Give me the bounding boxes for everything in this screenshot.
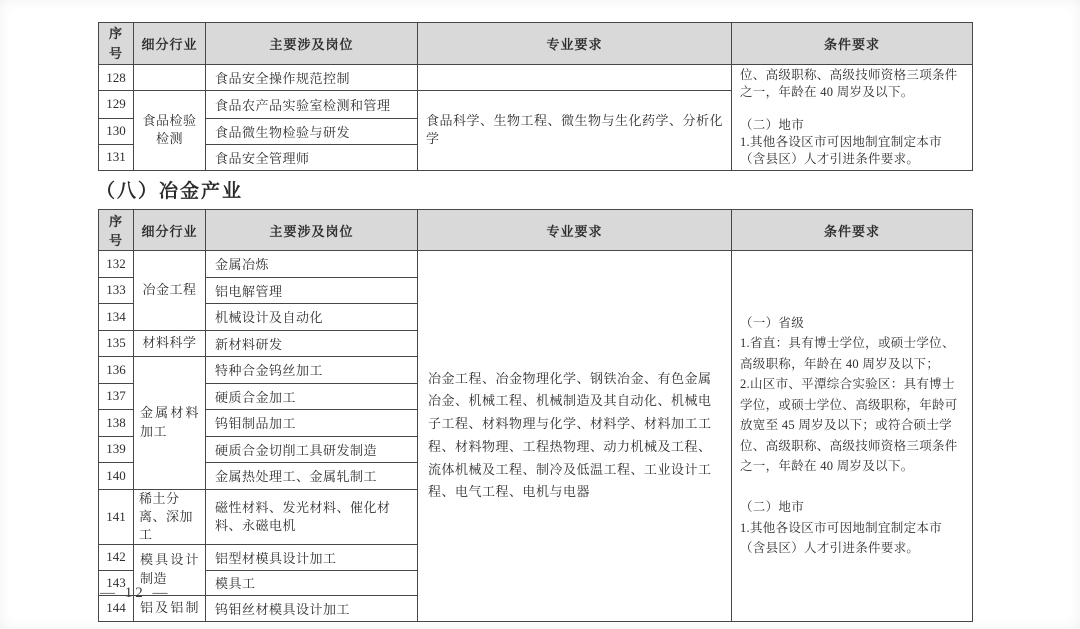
seq-cell: 142 <box>99 545 134 571</box>
conditions-cell: 位、高级职称、高级技师资格三项条件之一，年龄在 40 周岁及以下。 （二）地市 … <box>732 65 973 171</box>
position-cell: 金属冶炼 <box>206 251 418 278</box>
industry-cell: 金属材料加工 <box>134 357 206 490</box>
position-cell: 金属热处理工、金属轧制工 <box>206 463 418 490</box>
seq-cell: 133 <box>99 277 134 304</box>
table-metallurgy: 序号 细分行业 主要涉及岗位 专业要求 条件要求 132 冶金工程 金属冶炼 冶… <box>98 209 973 622</box>
column-header-conditions: 条件要求 <box>732 210 973 251</box>
industry-cell: 食品检验检测 <box>134 91 206 171</box>
column-header-positions: 主要涉及岗位 <box>206 23 418 65</box>
position-cell: 模具工 <box>206 570 418 596</box>
document-page: 序号 细分行业 主要涉及岗位 专业要求 条件要求 128 食品安全操作规范控制 … <box>0 0 1080 629</box>
position-cell: 食品农产品实验室检测和管理 <box>206 91 418 119</box>
column-header-no: 序号 <box>99 23 134 65</box>
seq-cell: 135 <box>99 330 134 357</box>
position-cell: 食品微生物检验与研发 <box>206 118 418 144</box>
industry-cell: 冶金工程 <box>134 251 206 331</box>
position-cell: 硬质合金切削工具研发制造 <box>206 436 418 463</box>
column-header-major: 专业要求 <box>418 210 732 251</box>
position-cell: 食品安全操作规范控制 <box>206 65 418 91</box>
position-cell: 机械设计及自动化 <box>206 304 418 331</box>
column-header-no: 序号 <box>99 210 134 251</box>
position-cell: 钨钼制品加工 <box>206 410 418 437</box>
seq-cell: 131 <box>99 144 134 170</box>
position-cell: 食品安全管理师 <box>206 144 418 170</box>
column-header-major: 专业要求 <box>418 23 732 65</box>
table-food-inspection: 序号 细分行业 主要涉及岗位 专业要求 条件要求 128 食品安全操作规范控制 … <box>98 22 973 171</box>
column-header-positions: 主要涉及岗位 <box>206 210 418 251</box>
column-header-industry: 细分行业 <box>134 23 206 65</box>
position-cell: 磁性材料、发光材料、催化材料、永磁电机 <box>206 489 418 545</box>
seq-cell: 129 <box>99 91 134 119</box>
seq-cell: 138 <box>99 410 134 437</box>
seq-cell: 130 <box>99 118 134 144</box>
position-cell: 铝电解管理 <box>206 277 418 304</box>
conditions-cell: （一）省级 1.省直：具有博士学位，或硕士学位、高级职称，年龄在 40 周岁及以… <box>732 251 973 622</box>
seq-cell: 139 <box>99 436 134 463</box>
industry-cell-empty <box>134 65 206 91</box>
seq-cell: 140 <box>99 463 134 490</box>
seq-cell: 141 <box>99 489 134 545</box>
section-title: （八）冶金产业 <box>96 176 243 203</box>
position-cell: 硬质合金加工 <box>206 383 418 410</box>
major-cell-empty <box>418 65 732 91</box>
column-header-conditions: 条件要求 <box>732 23 973 65</box>
seq-cell: 128 <box>99 65 134 91</box>
seq-cell: 132 <box>99 251 134 278</box>
column-header-no-label: 序号 <box>109 24 123 63</box>
seq-cell: 137 <box>99 383 134 410</box>
seq-cell: 136 <box>99 357 134 384</box>
seq-cell: 134 <box>99 304 134 331</box>
position-cell: 新材料研发 <box>206 330 418 357</box>
column-header-industry: 细分行业 <box>134 210 206 251</box>
major-cell: 食品科学、生物工程、微生物与生化药学、分析化学 <box>418 91 732 171</box>
industry-cell: 稀土分离、深加工 <box>134 489 206 545</box>
position-cell: 钨钼丝材模具设计加工 <box>206 596 418 622</box>
page-number: — 12 — <box>100 585 171 602</box>
major-cell: 冶金工程、冶金物理化学、钢铁冶金、有色金属冶金、机械工程、机械制造及其自动化、机… <box>418 251 732 622</box>
position-cell: 特种合金钨丝加工 <box>206 357 418 384</box>
industry-cell: 材料科学 <box>134 330 206 357</box>
position-cell: 铝型材模具设计加工 <box>206 545 418 571</box>
